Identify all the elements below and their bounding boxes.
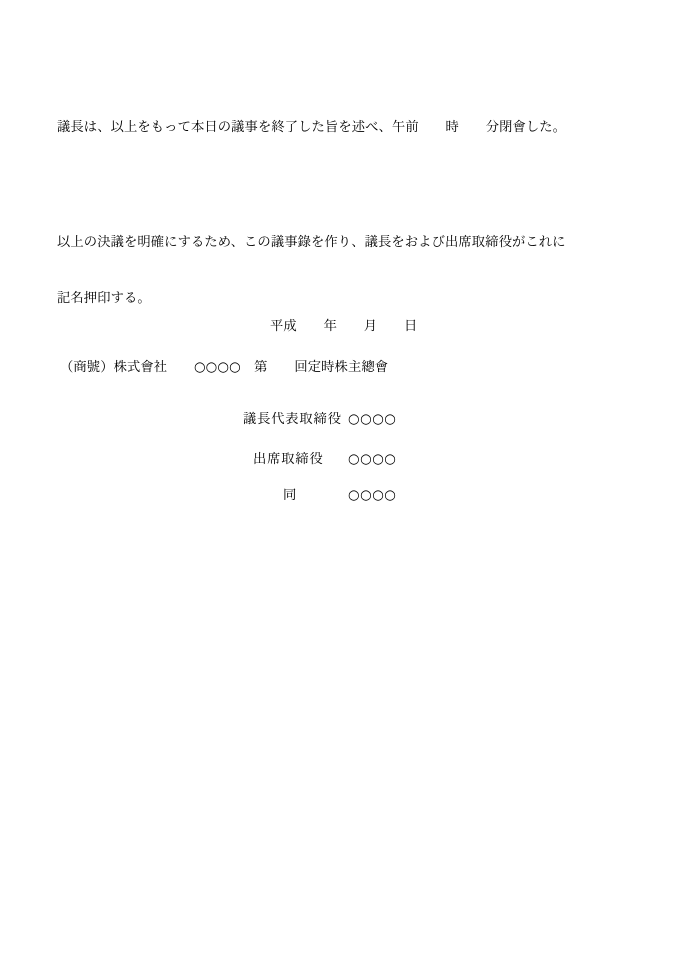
signature-row-ditto: 同 ○○○○: [0, 487, 680, 504]
signature-row-chairman: 議長代表取締役 ○○○○: [0, 411, 680, 428]
signature-row-attending-director: 出席取締役 ○○○○: [0, 451, 680, 468]
signing-clause-line-1: 以上の決議を明確にするため、この議事錄を作り、議長をおよび出席取締役がこれに: [57, 232, 566, 254]
signature-name-placeholder-chairman: ○○○○: [348, 411, 396, 428]
signature-title-attending-director: 出席取締役: [253, 451, 323, 468]
signature-name-placeholder-ditto: ○○○○: [348, 487, 396, 504]
signature-name-placeholder-attending-director: ○○○○: [348, 451, 396, 468]
signature-title-chairman-representative-director: 議長代表取締役: [243, 411, 342, 428]
heisei-date-blank-line: 平成 年 月 日: [270, 318, 417, 335]
minutes-document-page: 議長は、以上をもって本日の議事を終了した旨を述べ、午前 時 分閉會した。 以上の…: [0, 0, 680, 962]
signature-title-ditto: 同: [283, 487, 297, 504]
company-and-meeting-title-line: （商號）株式會社 ○○○○ 第 回定時株主總會: [60, 359, 388, 376]
meeting-closing-sentence: 議長は、以上をもって本日の議事を終了した旨を述べ、午前 時 分閉會した。: [57, 119, 566, 136]
signing-clause-line-2: 記名押印する。: [57, 288, 566, 310]
